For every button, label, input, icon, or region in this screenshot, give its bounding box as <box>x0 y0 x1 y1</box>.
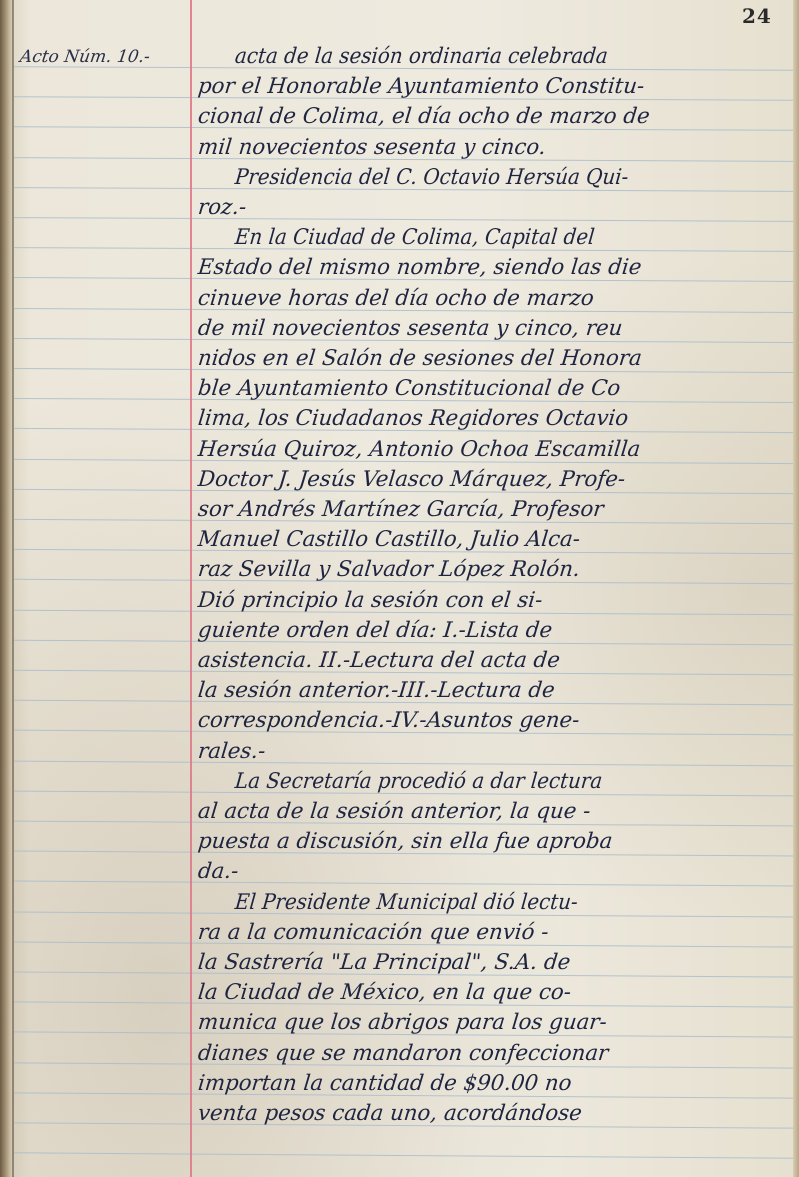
handwritten-line: ble Ayuntamiento Constitucional de Co <box>196 374 789 404</box>
handwritten-line: Dió principio la sesión con el si- <box>196 586 789 616</box>
handwritten-line: venta pesos cada uno, acordándose <box>196 1099 789 1129</box>
handwritten-line: nidos en el Salón de sesiones del Honora <box>196 344 789 374</box>
handwritten-line: La Secretaría procedió a dar lectura <box>197 767 787 797</box>
handwritten-line: ra a la comunicación que envió - <box>196 918 789 948</box>
handwritten-line: Doctor J. Jesús Velasco Márquez, Profe- <box>196 465 789 495</box>
handwritten-line: munica que los abrigos para los guar- <box>196 1008 789 1038</box>
handwritten-line: Manuel Castillo Castillo, Julio Alca- <box>196 525 789 555</box>
handwritten-line: guiente orden del día: I.-Lista de <box>196 616 789 646</box>
handwritten-line: acta de la sesión ordinaria celebrada <box>197 42 787 72</box>
handwritten-line: roz.- <box>196 193 789 223</box>
handwritten-line: sor Andrés Martínez García, Profesor <box>196 495 789 525</box>
ledger-page: 24 Acto Núm. 10.- acta de la sesión ordi… <box>0 0 799 1177</box>
handwritten-line: de mil novecientos sesenta y cinco, reu <box>196 314 789 344</box>
handwritten-line: En la Ciudad de Colima, Capital del <box>197 223 787 253</box>
handwritten-line: rales.- <box>196 737 789 767</box>
handwritten-line: Presidencia del C. Octavio Hersúa Qui- <box>197 163 787 193</box>
handwritten-line: asistencia. II.-Lectura del acta de <box>196 646 789 676</box>
handwritten-line: cional de Colima, el día ocho de marzo d… <box>196 102 789 132</box>
handwritten-line: Estado del mismo nombre, siendo las die <box>196 253 789 283</box>
handwritten-line: la sesión anterior.-III.-Lectura de <box>196 676 789 706</box>
handwritten-line: por el Honorable Ayuntamiento Constitu- <box>196 72 789 102</box>
handwritten-line: puesta a discusión, sin ella fue aproba <box>196 827 789 857</box>
handwritten-line: importan la cantidad de $90.00 no <box>196 1069 789 1099</box>
handwritten-line: la Ciudad de México, en la que co- <box>196 978 789 1008</box>
handwritten-line: correspondencia.-IV.-Asuntos gene- <box>196 706 789 736</box>
handwritten-line: Hersúa Quiroz, Antonio Ochoa Escamilla <box>196 435 789 465</box>
handwritten-line: lima, los Ciudadanos Regidores Octavio <box>196 404 789 434</box>
handwritten-line: raz Sevilla y Salvador López Rolón. <box>196 555 789 585</box>
handwritten-line: dianes que se mandaron confeccionar <box>196 1039 789 1069</box>
handwritten-line: la Sastrería "La Principal", S.A. de <box>196 948 789 978</box>
handwritten-line: mil novecientos sesenta y cinco. <box>196 133 789 163</box>
handwritten-line: da.- <box>196 857 789 887</box>
handwritten-line: al acta de la sesión anterior, la que - <box>196 797 789 827</box>
handwritten-minutes-text: acta de la sesión ordinaria celebradapor… <box>0 0 799 1177</box>
handwritten-line: cinueve horas del día ocho de marzo <box>196 284 789 314</box>
handwritten-line: El Presidente Municipal dió lectu- <box>197 888 787 918</box>
